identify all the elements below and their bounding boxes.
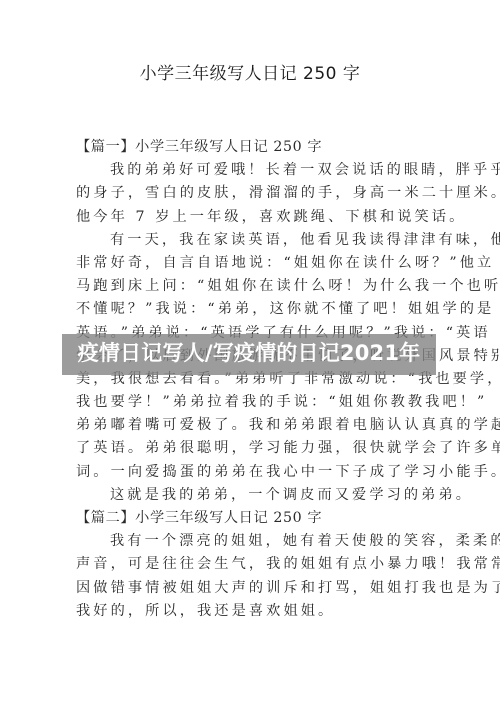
paragraph-line: 我好的，所以，我还是喜欢姐姐。 bbox=[76, 600, 426, 623]
paragraph-line: 弟弟嘟着嘴可爱极了。我和弟弟跟着电脑认认真真的学起 bbox=[76, 414, 426, 437]
paragraph-line: 了英语。弟弟很聪明，学习能力强，很快就学会了许多单 bbox=[76, 437, 426, 460]
paragraph-line: 我也要学！”弟弟拉着我的手说：“姐姐你教教我吧！” bbox=[76, 391, 426, 414]
paragraph-line: 因做错事情被姐姐大声的训斥和打骂，姐姐打我也是为了 bbox=[76, 577, 426, 600]
section-heading-1: 【篇一】小学三年级写人日记 250 字 bbox=[76, 136, 426, 159]
document-title: 小学三年级写人日记 250 字 bbox=[0, 62, 500, 86]
paragraph-line: 声音，可是往往会生气，我的姐姐有点小暴力哦！我常常 bbox=[76, 553, 426, 576]
paragraph-line: 词。一向爱捣蛋的弟弟在我心中一下子成了学习小能手。 bbox=[76, 461, 426, 484]
paragraph-line: 不懂呢？”我说：“弟弟，这你就不懂了吧！姐姐学的是 bbox=[76, 298, 426, 321]
paragraph-line: 有一天，我在家读英语，他看见我读得津津有味，他 bbox=[76, 229, 426, 252]
paragraph-line: 我的弟弟好可爱哦！长着一双会说话的眼睛，胖乎乎 bbox=[76, 159, 426, 182]
paragraph-line: 的身子，雪白的皮肤，滑溜溜的手，身高一米二十厘米。 bbox=[76, 182, 426, 205]
overlay-title: 疫情日记写人/写疫情的日记2021年 bbox=[62, 338, 436, 368]
paragraph-line: 非常好奇，自言自语地说：“姐姐你在读什么呀？”他立 bbox=[76, 252, 426, 275]
paragraph-line: 我有一个漂亮的姐姐，她有着天使般的笑容，柔柔的 bbox=[76, 530, 426, 553]
paragraph-line: 他今年 7 岁上一年级，喜欢跳绳、下棋和说笑话。 bbox=[76, 206, 426, 229]
document-body: 【篇一】小学三年级写人日记 250 字 我的弟弟好可爱哦！长着一双会说话的眼睛，… bbox=[76, 136, 426, 623]
paragraph-line: 马跑到床上问：“姐姐你在读什么呀！为什么我一个也听 bbox=[76, 275, 426, 298]
paragraph-line: 这就是我的弟弟，一个调皮而又爱学习的弟弟。 bbox=[76, 484, 426, 507]
document-page: 小学三年级写人日记 250 字 【篇一】小学三年级写人日记 250 字 我的弟弟… bbox=[0, 0, 500, 706]
section-heading-2: 【篇二】小学三年级写人日记 250 字 bbox=[76, 507, 426, 530]
